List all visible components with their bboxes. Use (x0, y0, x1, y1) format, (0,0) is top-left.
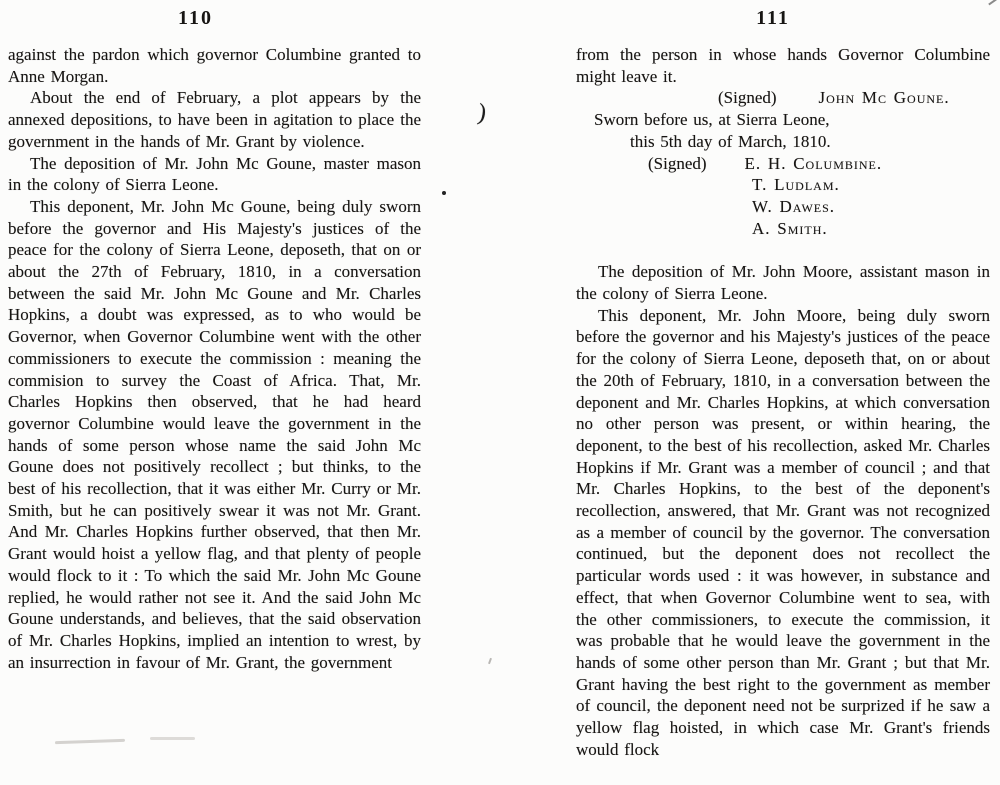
sworn-line: Sworn before us, at Sierra Leone, (576, 109, 990, 131)
paragraph: The deposition of Mr. John Mc Goune, mas… (8, 153, 421, 196)
scan-smudge (55, 739, 125, 744)
signed-label: (Signed) (718, 88, 777, 107)
page-number: 110 (0, 0, 402, 30)
signature-block: (Signed)John Mc Goune. Sworn before us, … (576, 87, 990, 239)
signed-label: (Signed) (648, 154, 707, 173)
paragraph: against the pardon which governor Columb… (8, 44, 421, 87)
signature-line: (Signed)E. H. Columbine. (576, 153, 990, 175)
page-111: 111 from the person in whose hands Gover… (576, 0, 990, 761)
scan-artifact-paren: ) (476, 100, 488, 128)
signature-line: (Signed)John Mc Goune. (576, 87, 990, 109)
paragraph: About the end of February, a plot appear… (8, 87, 421, 152)
page-110: 110 against the pardon which governor Co… (8, 0, 421, 673)
signer-name: A. Smith. (576, 218, 990, 240)
scan-smudge (150, 737, 195, 740)
signer-name: T. Ludlam. (576, 174, 990, 196)
date-line: this 5th day of March, 1810. (576, 131, 990, 153)
signer-name: John Mc Goune. (819, 88, 950, 107)
signer-name: W. Dawes. (576, 196, 990, 218)
page-number: 111 (566, 0, 980, 30)
paragraph: This deponent, Mr. John Mc Goune, being … (8, 196, 421, 673)
signer-name: E. H. Columbine. (745, 154, 883, 173)
paragraph: This deponent, Mr. John Moore, being dul… (576, 305, 990, 761)
paragraph: The deposition of Mr. John Moore, assist… (576, 261, 990, 304)
paragraph: from the person in whose hands Governor … (576, 44, 990, 87)
page-111-text: from the person in whose hands Governor … (576, 44, 990, 761)
scan-ink-dot (442, 191, 446, 195)
page-110-text: against the pardon which governor Columb… (8, 44, 421, 673)
scan-speck (488, 658, 492, 664)
